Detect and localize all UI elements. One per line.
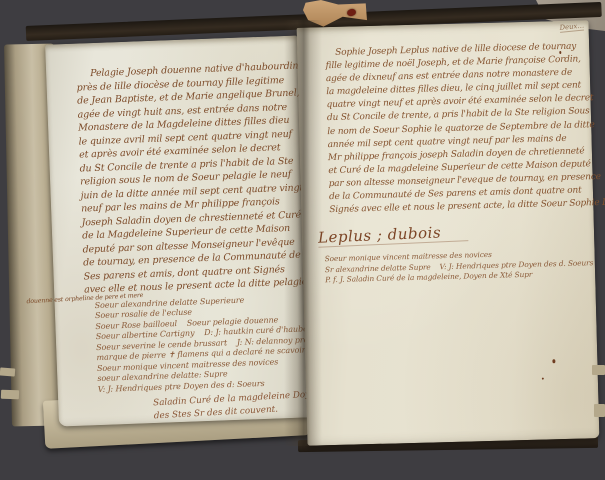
right-page: Deux… Sophie Joseph Leplus native de lil…	[297, 20, 600, 446]
ink-speck	[552, 359, 555, 363]
folio-annotation: Deux…	[559, 22, 584, 33]
book-scan: Pelagie Joseph douenne native d'haubourd…	[0, 0, 605, 480]
binding-tab	[594, 404, 605, 417]
binding-tab	[0, 367, 15, 376]
left-page: Pelagie Joseph douenne native d'haubourd…	[45, 36, 311, 427]
binding-tab	[1, 390, 19, 400]
left-page-body: Pelagie Joseph douenne native d'haubourd…	[76, 60, 298, 297]
ink-speck	[559, 51, 561, 54]
right-page-signatures: Soeur monique vincent maitresse des novi…	[325, 247, 596, 286]
right-page-body: Sophie Joseph Leplus native de lille dio…	[325, 41, 583, 218]
main-signature: Leplus ; dubois	[318, 222, 469, 248]
ink-speck	[542, 378, 544, 380]
binding-tab	[592, 365, 605, 375]
left-page-signatures: Soeur alexandrine delatte SuperieureSoeu…	[94, 293, 309, 395]
